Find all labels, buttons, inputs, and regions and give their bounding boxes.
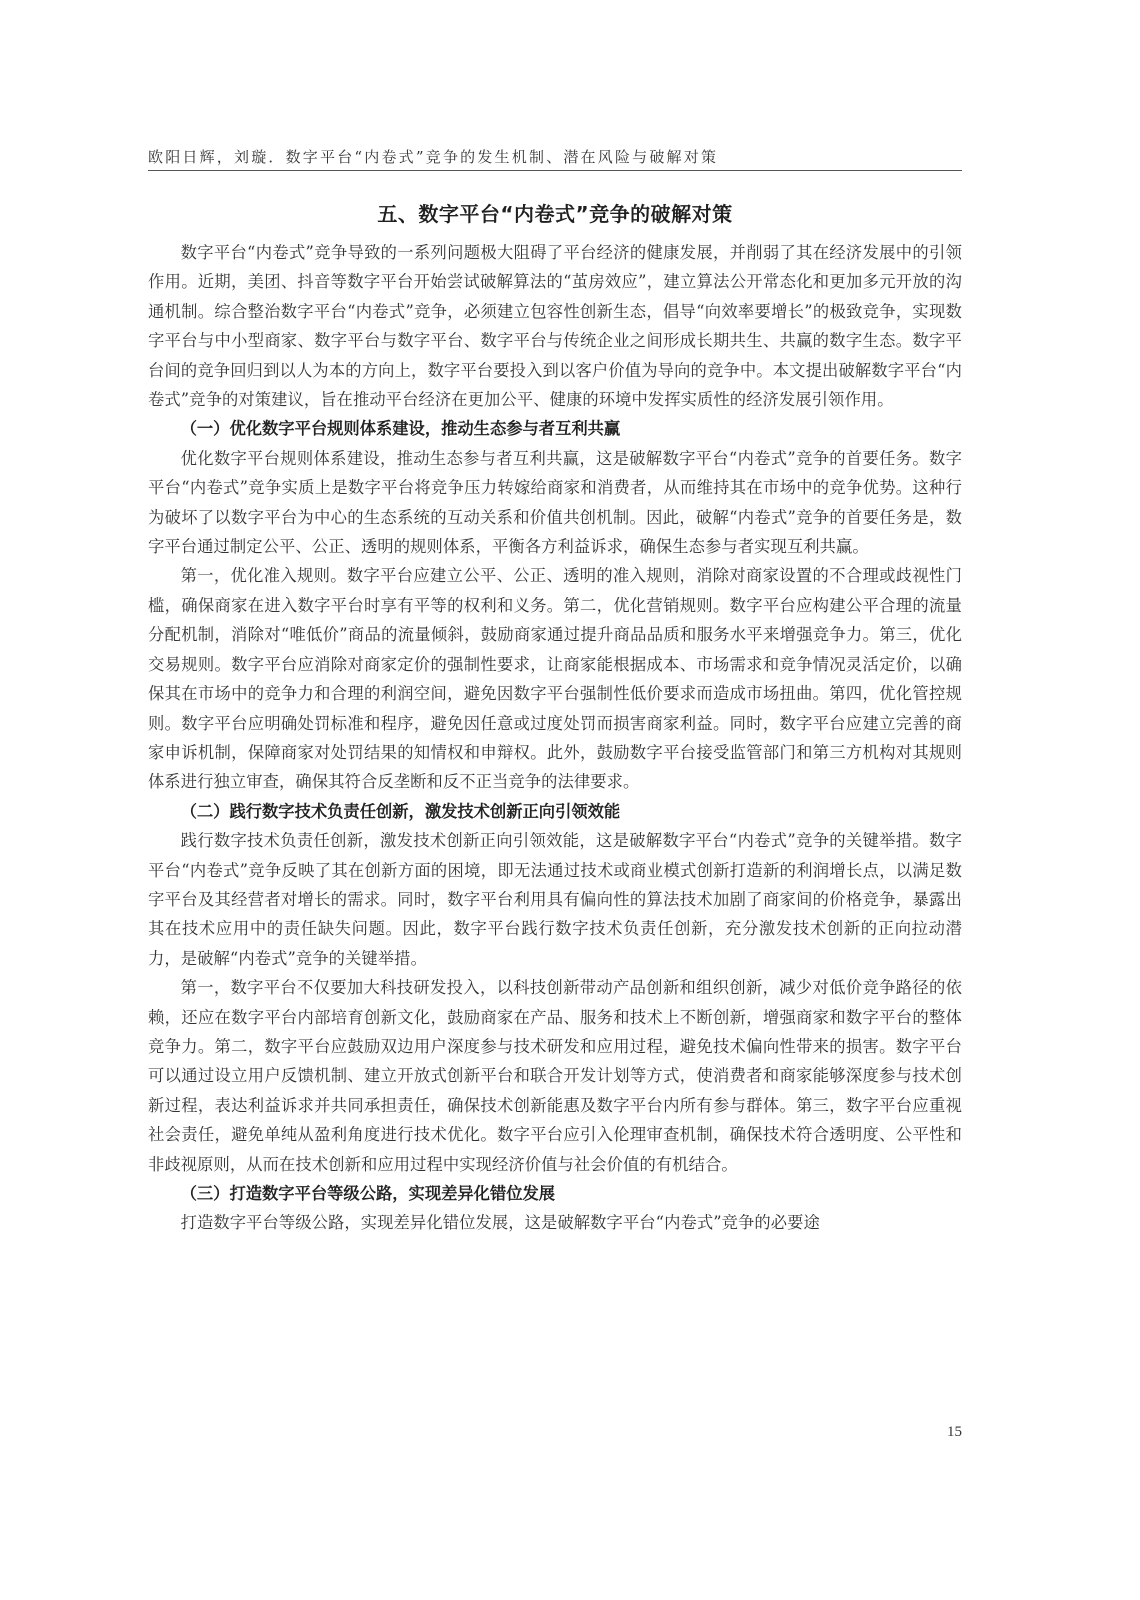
paragraph: 践行数字技术负责任创新，激发技术创新正向引领效能，这是破解数字平台“内卷式”竞争… — [148, 826, 962, 973]
section-title: 五、数字平台“内卷式”竞争的破解对策 — [148, 198, 962, 227]
page-number: 15 — [947, 1424, 962, 1441]
subheading-1: （一）优化数字平台规则体系建设，推动生态参与者互利共赢 — [148, 414, 962, 443]
body-text: 数字平台“内卷式”竞争导致的一系列问题极大阻碍了平台经济的健康发展，并削弱了其在… — [148, 238, 962, 1238]
paragraph: 打造数字平台等级公路，实现差异化错位发展，这是破解数字平台“内卷式”竞争的必要途 — [148, 1208, 962, 1237]
header-rule — [148, 170, 962, 171]
running-head: 欧阳日辉，刘璇．数字平台“内卷式”竞争的发生机制、潜在风险与破解对策 — [148, 146, 718, 167]
paragraph: 优化数字平台规则体系建设，推动生态参与者互利共赢，这是破解数字平台“内卷式”竞争… — [148, 444, 962, 562]
subheading-2: （二）践行数字技术负责任创新，激发技术创新正向引领效能 — [148, 797, 962, 826]
paragraph: 第一，数字平台不仅要加大科技研发投入，以科技创新带动产品创新和组织创新，减少对低… — [148, 973, 962, 1179]
paragraph-intro: 数字平台“内卷式”竞争导致的一系列问题极大阻碍了平台经济的健康发展，并削弱了其在… — [148, 238, 962, 414]
paragraph: 第一，优化准入规则。数字平台应建立公平、公正、透明的准入规则，消除对商家设置的不… — [148, 561, 962, 796]
subheading-3: （三）打造数字平台等级公路，实现差异化错位发展 — [148, 1179, 962, 1208]
